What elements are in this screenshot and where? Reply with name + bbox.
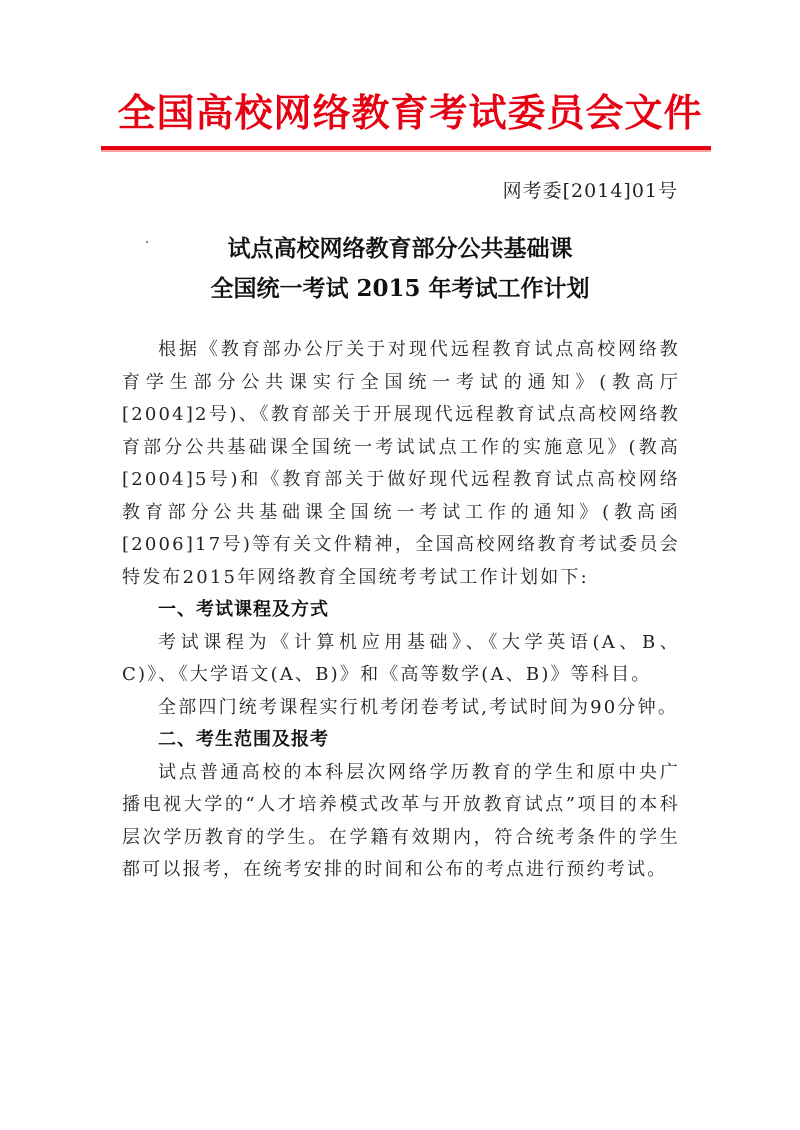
red-divider-line <box>101 146 711 150</box>
section-2-paragraph-1: 试点普通高校的本科层次网络学历教育的学生和原中央广播电视大学的“人才培养模式改革… <box>122 757 680 887</box>
document-page: 全国高校网络教育考试委员会文件 网考委[2014]01号 试点高校网络教育部分公… <box>0 0 800 1130</box>
section-heading-2: 二、考生范围及报考 <box>122 724 680 757</box>
section-1-paragraph-2: 全部四门统考课程实行机考闭卷考试,考试时间为90分钟。 <box>122 692 680 725</box>
document-number: 网考委[2014]01号 <box>503 176 678 203</box>
section-1-paragraph-1: 考试课程为《计算机应用基础》、《大学英语(A、B、C)》、《大学语文(A、B)》… <box>122 627 680 692</box>
document-title-line-2: 全国统一考试 2015 年考试工作计划 <box>100 270 700 303</box>
document-title-line-1: 试点高校网络教育部分公共基础课 <box>100 230 700 263</box>
section-heading-1: 一、考试课程及方式 <box>122 594 680 627</box>
intro-paragraph: 根据《教育部办公厅关于对现代远程教育试点高校网络教育学生部分公共课实行全国统一考… <box>122 334 680 594</box>
masthead-title: 全国高校网络教育考试委员会文件 <box>100 88 720 138</box>
document-body: 根据《教育部办公厅关于对现代远程教育试点高校网络教育学生部分公共课实行全国统一考… <box>122 334 680 887</box>
